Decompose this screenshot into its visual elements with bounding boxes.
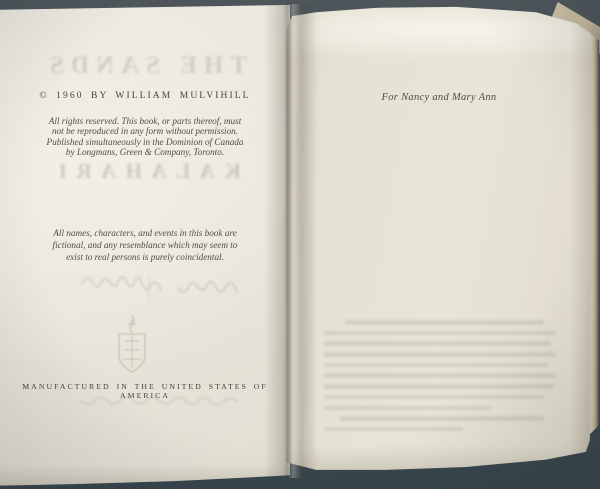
showthrough-paragraph (324, 320, 556, 438)
showthrough-title-top: THE SANDS (0, 52, 290, 80)
dedication-text: For Nancy and Mary Ann (314, 92, 564, 103)
fiction-disclaimer: All names, characters, and events in thi… (20, 227, 270, 264)
showthrough-text-line (324, 427, 463, 432)
rights-notice: All rights reserved. This book, or parts… (20, 116, 270, 157)
open-book-photo: THE SANDS © 1960 BY WILLIAM MULVIHILL Al… (0, 0, 600, 489)
showthrough-text-line (324, 331, 556, 336)
disclaimer-line: exist to real persons is purely coincide… (20, 251, 270, 263)
rights-line: Published simultaneously in the Dominion… (20, 137, 270, 147)
showthrough-text-line (324, 352, 556, 357)
copyright-page: THE SANDS © 1960 BY WILLIAM MULVIHILL Al… (0, 0, 290, 489)
showthrough-title-bottom: KALAHARI (0, 159, 290, 184)
showthrough-signature (55, 262, 245, 308)
showthrough-text-line (324, 341, 551, 346)
rights-line: All rights reserved. This book, or parts… (20, 116, 270, 126)
printer-device (103, 314, 161, 380)
showthrough-text-line (324, 373, 556, 378)
manufactured-line: MANUFACTURED IN THE UNITED STATES OF AME… (18, 382, 272, 400)
showthrough-text-line (324, 363, 549, 368)
showthrough-text-line (324, 395, 544, 400)
disclaimer-line: All names, characters, and events in thi… (20, 227, 270, 239)
showthrough-text-line (340, 416, 544, 421)
rights-line: by Longmans, Green & Company, Toronto. (20, 147, 270, 157)
showthrough-text-line (345, 320, 545, 325)
copyright-line: © 1960 BY WILLIAM MULVIHILL (18, 91, 272, 101)
dedication-page: For Nancy and Mary Ann (286, 0, 592, 489)
showthrough-text-line (324, 384, 554, 389)
showthrough-text-line (324, 406, 491, 411)
rights-line: not be reproduced in any form without pe… (20, 126, 270, 136)
disclaimer-line: fictional, and any resemblance which may… (20, 239, 270, 251)
